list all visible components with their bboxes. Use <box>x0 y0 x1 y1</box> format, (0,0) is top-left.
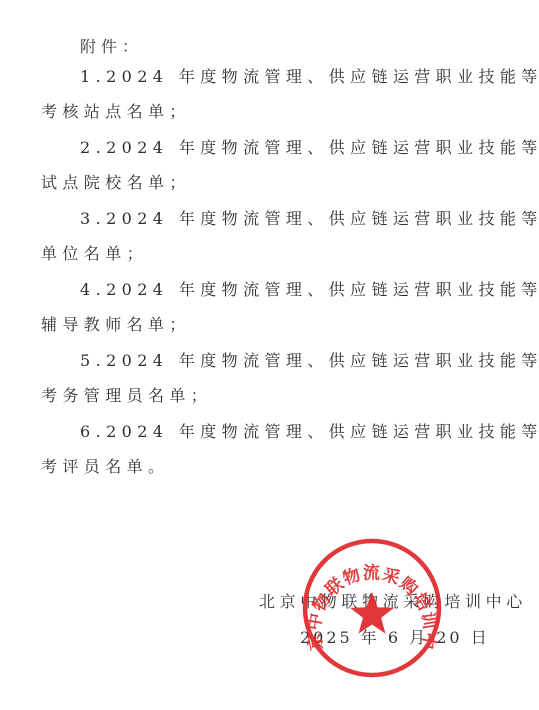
attachment-item-2-line-1: 2.2024 年度物流管理、供应链运营职业技能等级证书优秀 <box>80 138 539 158</box>
attachment-item-4-line-2: 辅导教师名单； <box>41 315 191 335</box>
attachment-item-6-line-1: 6.2024 年度物流管理、供应链运营职业技能等级证书优秀 <box>80 422 539 442</box>
attachment-item-6-line-2: 考评员名单。 <box>41 457 169 477</box>
attachment-item-3-line-1: 3.2024 年度物流管理、供应链运营职业技能等级证书示范 <box>80 209 539 229</box>
document-page: 附件： 1.2024 年度物流管理、供应链运营职业技能等级证书模范 考核站点名单… <box>0 0 539 710</box>
attachment-item-5-line-2: 考务管理员名单； <box>41 386 212 406</box>
attachment-item-2-line-2: 试点院校名单； <box>41 173 191 193</box>
signature-organization: 北京中物联物流采购培训中心 <box>259 592 527 612</box>
attachment-item-3-line-2: 单位名单； <box>41 244 148 264</box>
attachment-item-1-line-1: 1.2024 年度物流管理、供应链运营职业技能等级证书模范 <box>80 67 539 87</box>
attachment-item-4-line-1: 4.2024 年度物流管理、供应链运营职业技能等级证书优秀 <box>80 280 539 300</box>
attachment-item-1-line-2: 考核站点名单； <box>41 102 191 122</box>
signature-date: 2025 年 6 月 20 日 <box>300 628 490 648</box>
attachments-heading: 附件： <box>80 37 143 57</box>
attachment-item-5-line-1: 5.2024 年度物流管理、供应链运营职业技能等级证书优秀 <box>80 351 539 371</box>
